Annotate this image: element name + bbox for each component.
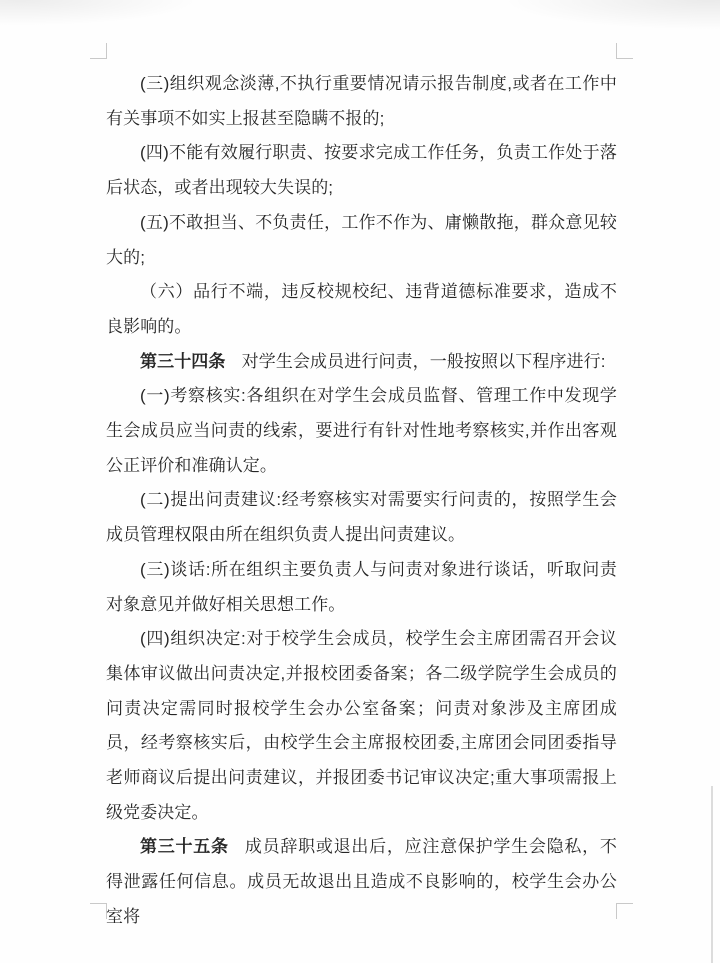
page-edge-line bbox=[711, 786, 713, 963]
document-page: (三)组织观念淡薄,不执行重要情况请示报告制度,或者在工作中有关事项不如实上报甚… bbox=[0, 0, 720, 963]
crop-mark-bottom-left bbox=[90, 903, 107, 919]
article-number: 第三十五条 bbox=[140, 837, 229, 856]
photo-shadow-top-right bbox=[500, 0, 720, 30]
paragraph: 第三十五条成员辞职或退出后，应注意保护学生会隐私，不得泄露任何信息。成员无故退出… bbox=[106, 830, 617, 934]
article-number: 第三十四条 bbox=[140, 352, 226, 371]
document-body: (三)组织观念淡薄,不执行重要情况请示报告制度,或者在工作中有关事项不如实上报甚… bbox=[106, 67, 617, 935]
paragraph-text: (四)组织决定:对于校学生会成员，校学生会主席团需召开会议集体审议做出问责决定,… bbox=[106, 629, 617, 822]
paragraph: (二)提出问责建议:经考察核实对需要实行问责的，按照学生会成员管理权限由所在组织… bbox=[106, 483, 617, 552]
crop-mark-bottom-right bbox=[616, 903, 633, 919]
paragraph-text: (一)考察核实:各组织在对学生会成员监督、管理工作中发现学生会成员应当问责的线索… bbox=[106, 386, 617, 474]
paragraph: 第三十四条对学生会成员进行问责，一般按照以下程序进行: bbox=[106, 345, 617, 380]
photo-shadow-top-left bbox=[0, 0, 200, 26]
paragraph: （六）品行不端，违反校规校纪、违背道德标准要求，造成不良影响的。 bbox=[106, 275, 617, 344]
paragraph-text: (三)谈话:所在组织主要负责人与问责对象进行谈话，听取问责对象意见并做好相关思想… bbox=[106, 560, 617, 614]
paragraph-text: (五)不敢担当、不负责任，工作不作为、庸懒散拖，群众意见较大的; bbox=[106, 213, 617, 267]
paragraph: (一)考察核实:各组织在对学生会成员监督、管理工作中发现学生会成员应当问责的线索… bbox=[106, 379, 617, 483]
paragraph-text: 对学生会成员进行问责，一般按照以下程序进行: bbox=[242, 352, 606, 371]
paragraph-text: （六）品行不端，违反校规校纪、违背道德标准要求，造成不良影响的。 bbox=[106, 282, 617, 336]
paragraph-text: (二)提出问责建议:经考察核实对需要实行问责的，按照学生会成员管理权限由所在组织… bbox=[106, 490, 617, 544]
paragraph: (四)不能有效履行职责、按要求完成工作任务，负责工作处于落后状态，或者出现较大失… bbox=[106, 136, 617, 205]
paragraph: (三)谈话:所在组织主要负责人与问责对象进行谈话，听取问责对象意见并做好相关思想… bbox=[106, 553, 617, 622]
crop-mark-top-left bbox=[90, 43, 107, 59]
paragraph: (三)组织观念淡薄,不执行重要情况请示报告制度,或者在工作中有关事项不如实上报甚… bbox=[106, 67, 617, 136]
paragraph: (四)组织决定:对于校学生会成员，校学生会主席团需召开会议集体审议做出问责决定,… bbox=[106, 622, 617, 830]
paragraph: (五)不敢担当、不负责任，工作不作为、庸懒散拖，群众意见较大的; bbox=[106, 206, 617, 275]
paragraph-text: (三)组织观念淡薄,不执行重要情况请示报告制度,或者在工作中有关事项不如实上报甚… bbox=[106, 74, 617, 128]
paragraph-text: (四)不能有效履行职责、按要求完成工作任务，负责工作处于落后状态，或者出现较大失… bbox=[106, 143, 617, 197]
crop-mark-top-right bbox=[616, 43, 633, 59]
